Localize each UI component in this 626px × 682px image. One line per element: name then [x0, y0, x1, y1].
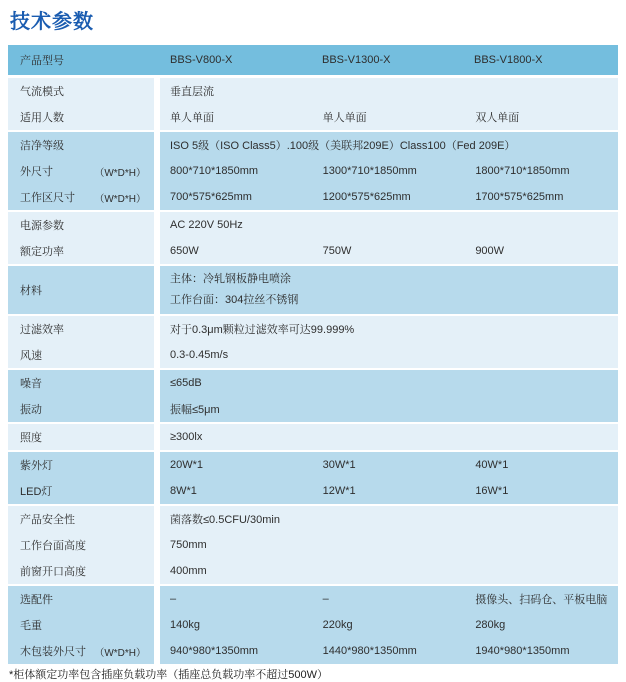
spec-value-cell: 940*980*1350mm [160, 638, 313, 664]
row-label-cell: 工作台面高度 [8, 532, 154, 558]
row-label: 外尺寸 [20, 163, 53, 179]
header-product-model-label: 产品型号 [8, 52, 160, 68]
spec-row: 照度≥300lx [8, 424, 618, 450]
spec-row: LED灯8W*112W*116W*1 [8, 478, 618, 504]
row-label: 材料 [20, 282, 42, 298]
row-label-cell: 照度 [8, 424, 154, 450]
row-label-cell: 木包装外尺寸（W*D*H） [8, 638, 154, 664]
row-label: 工作台面高度 [20, 537, 86, 553]
row-content: 750mm [160, 532, 618, 558]
spec-row: 工作区尺寸（W*D*H）700*575*625mm1200*575*625mm1… [8, 184, 618, 210]
row-label-cell: 适用人数 [8, 104, 154, 130]
spec-value-cell: 单人单面 [313, 104, 466, 130]
row-label-cell: 振动 [8, 396, 154, 422]
spec-value-cell: 1800*710*1850mm [465, 158, 618, 184]
row-label-cell: 噪音 [8, 370, 154, 396]
row-label-cell: 材料 [8, 266, 154, 314]
row-content: 对于0.3μm颗粒过滤效率可达99.999% [160, 316, 618, 342]
row-content: 0.3-0.45m/s [160, 342, 618, 368]
spec-row: 材料主体：冷轧钢板静电喷涂工作台面：304拉丝不锈钢 [8, 266, 618, 314]
spec-value-cell: – [160, 586, 313, 612]
spec-value-cell: – [313, 586, 466, 612]
row-content: 8W*112W*116W*1 [160, 478, 618, 504]
page: 技术参数 产品型号 BBS-V800-X BBS-V1300-X BBS-V18… [0, 0, 626, 682]
row-label: 电源参数 [20, 217, 64, 233]
row-label: 额定功率 [20, 243, 64, 259]
spec-value-cell: 1700*575*625mm [465, 184, 618, 210]
spec-value-line: 主体：冷轧钢板静电喷涂 [160, 273, 618, 286]
header-model-3: BBS-V1800-X [464, 54, 616, 66]
row-label-cell: 电源参数 [8, 212, 154, 238]
row-label: 洁净等级 [20, 137, 64, 153]
spec-row: 风速0.3-0.45m/s [8, 342, 618, 368]
row-content: 400mm [160, 558, 618, 584]
spec-value-cell: 摄像头、扫码仓、平板电脑 [465, 586, 618, 612]
row-label: 噪音 [20, 375, 42, 391]
row-label-cell: 外尺寸（W*D*H） [8, 158, 154, 184]
spec-value-cell: 1300*710*1850mm [313, 158, 466, 184]
spec-row: 过滤效率对于0.3μm颗粒过滤效率可达99.999% [8, 316, 618, 342]
spec-value-span: 垂直层流 [160, 78, 618, 104]
spec-value-cell: 800*710*1850mm [160, 158, 313, 184]
spec-value-span: ≤65dB [160, 370, 618, 396]
spec-value-span: 菌落数≤0.5CFU/30min [160, 506, 618, 532]
spec-group: 洁净等级ISO 5级（ISO Class5）.100级（美联邦209E）Clas… [8, 132, 618, 210]
row-content: 20W*130W*140W*1 [160, 452, 618, 478]
row-sublabel: （W*D*H） [94, 164, 146, 179]
row-content: 940*980*1350mm1440*980*1350mm1940*980*13… [160, 638, 618, 664]
row-content: 菌落数≤0.5CFU/30min [160, 506, 618, 532]
row-content: ISO 5级（ISO Class5）.100级（美联邦209E）Class100… [160, 132, 618, 158]
row-label: 选配件 [20, 591, 53, 607]
spec-value-cell: 650W [160, 238, 313, 264]
spec-value-span: 0.3-0.45m/s [160, 342, 618, 368]
row-content: 140kg220kg280kg [160, 612, 618, 638]
row-sublabel: （W*D*H） [94, 190, 146, 205]
spec-value-cell: 30W*1 [313, 452, 466, 478]
spec-row: 产品安全性菌落数≤0.5CFU/30min [8, 506, 618, 532]
spec-group: 产品安全性菌落数≤0.5CFU/30min工作台面高度750mm前窗开口高度40… [8, 506, 618, 584]
row-label-cell: 过滤效率 [8, 316, 154, 342]
header-model-2: BBS-V1300-X [312, 54, 464, 66]
row-sublabel: （W*D*H） [94, 644, 146, 659]
spec-row: 电源参数AC 220V 50Hz [8, 212, 618, 238]
spec-value-cell: 280kg [465, 612, 618, 638]
spec-value-span: 750mm [160, 532, 618, 558]
spec-group: 电源参数AC 220V 50Hz额定功率650W750W900W [8, 212, 618, 264]
spec-row: 选配件––摄像头、扫码仓、平板电脑 [8, 586, 618, 612]
spec-group: 噪音≤65dB振动振幅≤5μm [8, 370, 618, 422]
row-label: 毛重 [20, 617, 42, 633]
row-label: 前窗开口高度 [20, 563, 86, 579]
row-label-cell: 毛重 [8, 612, 154, 638]
spec-table: 产品型号 BBS-V800-X BBS-V1300-X BBS-V1800-X … [8, 45, 618, 666]
spec-value-span: 400mm [160, 558, 618, 584]
row-label: 气流模式 [20, 83, 64, 99]
row-label-cell: LED灯 [8, 478, 154, 504]
spec-value-line: 工作台面：304拉丝不锈钢 [160, 294, 618, 307]
spec-value-cell: 900W [465, 238, 618, 264]
spec-value-span: AC 220V 50Hz [160, 212, 618, 238]
row-label-cell: 前窗开口高度 [8, 558, 154, 584]
page-title: 技术参数 [10, 5, 94, 34]
row-content: ––摄像头、扫码仓、平板电脑 [160, 586, 618, 612]
footnote: *柜体额定功率包含插座负载功率（插座总负载功率不超过500W） [9, 666, 328, 682]
spec-value-span: ≥300lx [160, 424, 618, 450]
spec-value-span: 振幅≤5μm [160, 396, 618, 422]
row-label: 木包装外尺寸 [20, 643, 86, 659]
spec-value-cell: 220kg [313, 612, 466, 638]
spec-value-cell: 16W*1 [465, 478, 618, 504]
row-label: 振动 [20, 401, 42, 417]
spec-value-cell: 750W [313, 238, 466, 264]
row-label: 过滤效率 [20, 321, 64, 337]
spec-group: 选配件––摄像头、扫码仓、平板电脑毛重140kg220kg280kg木包装外尺寸… [8, 586, 618, 664]
spec-value-cell: 8W*1 [160, 478, 313, 504]
spec-group: 气流模式垂直层流适用人数单人单面单人单面双人单面 [8, 78, 618, 130]
spec-value-cell: 20W*1 [160, 452, 313, 478]
spec-value-span: 对于0.3μm颗粒过滤效率可达99.999% [160, 316, 618, 342]
row-label-cell: 紫外灯 [8, 452, 154, 478]
table-body: 气流模式垂直层流适用人数单人单面单人单面双人单面洁净等级ISO 5级（ISO C… [8, 78, 618, 664]
spec-value-cell: 单人单面 [160, 104, 313, 130]
row-label: LED灯 [20, 483, 52, 499]
row-label-cell: 气流模式 [8, 78, 154, 104]
row-label-cell: 额定功率 [8, 238, 154, 264]
row-content: 800*710*1850mm1300*710*1850mm1800*710*18… [160, 158, 618, 184]
spec-row: 工作台面高度750mm [8, 532, 618, 558]
spec-row: 适用人数单人单面单人单面双人单面 [8, 104, 618, 130]
spec-row: 紫外灯20W*130W*140W*1 [8, 452, 618, 478]
spec-value-cell: 双人单面 [465, 104, 618, 130]
spec-value-cell: 40W*1 [465, 452, 618, 478]
row-content: 650W750W900W [160, 238, 618, 264]
row-label-cell: 风速 [8, 342, 154, 368]
spec-value-span: ISO 5级（ISO Class5）.100级（美联邦209E）Class100… [160, 132, 618, 158]
row-label: 产品安全性 [20, 511, 75, 527]
header-model-1: BBS-V800-X [160, 54, 312, 66]
row-content: 振幅≤5μm [160, 396, 618, 422]
spec-row: 振动振幅≤5μm [8, 396, 618, 422]
row-content: 垂直层流 [160, 78, 618, 104]
row-label-cell: 洁净等级 [8, 132, 154, 158]
row-content: ≤65dB [160, 370, 618, 396]
row-content: AC 220V 50Hz [160, 212, 618, 238]
spec-row: 洁净等级ISO 5级（ISO Class5）.100级（美联邦209E）Clas… [8, 132, 618, 158]
row-content: ≥300lx [160, 424, 618, 450]
spec-row: 额定功率650W750W900W [8, 238, 618, 264]
spec-row: 气流模式垂直层流 [8, 78, 618, 104]
row-label-cell: 选配件 [8, 586, 154, 612]
spec-group: 紫外灯20W*130W*140W*1LED灯8W*112W*116W*1 [8, 452, 618, 504]
spec-row: 毛重140kg220kg280kg [8, 612, 618, 638]
spec-value-cell: 12W*1 [313, 478, 466, 504]
spec-value-cell: 1440*980*1350mm [313, 638, 466, 664]
row-label: 紫外灯 [20, 457, 53, 473]
row-label: 工作区尺寸 [20, 189, 75, 205]
row-label: 风速 [20, 347, 42, 363]
spec-value-cell: 700*575*625mm [160, 184, 313, 210]
spec-value-cell: 140kg [160, 612, 313, 638]
row-label-cell: 工作区尺寸（W*D*H） [8, 184, 154, 210]
row-label: 适用人数 [20, 109, 64, 125]
spec-row: 木包装外尺寸（W*D*H）940*980*1350mm1440*980*1350… [8, 638, 618, 664]
spec-row: 前窗开口高度400mm [8, 558, 618, 584]
spec-group: 过滤效率对于0.3μm颗粒过滤效率可达99.999%风速0.3-0.45m/s [8, 316, 618, 368]
row-content: 主体：冷轧钢板静电喷涂工作台面：304拉丝不锈钢 [160, 266, 618, 314]
row-label: 照度 [20, 429, 42, 445]
row-label-cell: 产品安全性 [8, 506, 154, 532]
spec-row: 噪音≤65dB [8, 370, 618, 396]
spec-group: 材料主体：冷轧钢板静电喷涂工作台面：304拉丝不锈钢 [8, 266, 618, 314]
row-content: 700*575*625mm1200*575*625mm1700*575*625m… [160, 184, 618, 210]
spec-group: 照度≥300lx [8, 424, 618, 450]
spec-value-cell: 1200*575*625mm [313, 184, 466, 210]
row-content: 单人单面单人单面双人单面 [160, 104, 618, 130]
spec-row: 外尺寸（W*D*H）800*710*1850mm1300*710*1850mm1… [8, 158, 618, 184]
spec-value-cell: 1940*980*1350mm [465, 638, 618, 664]
table-header-row: 产品型号 BBS-V800-X BBS-V1300-X BBS-V1800-X [8, 45, 618, 75]
